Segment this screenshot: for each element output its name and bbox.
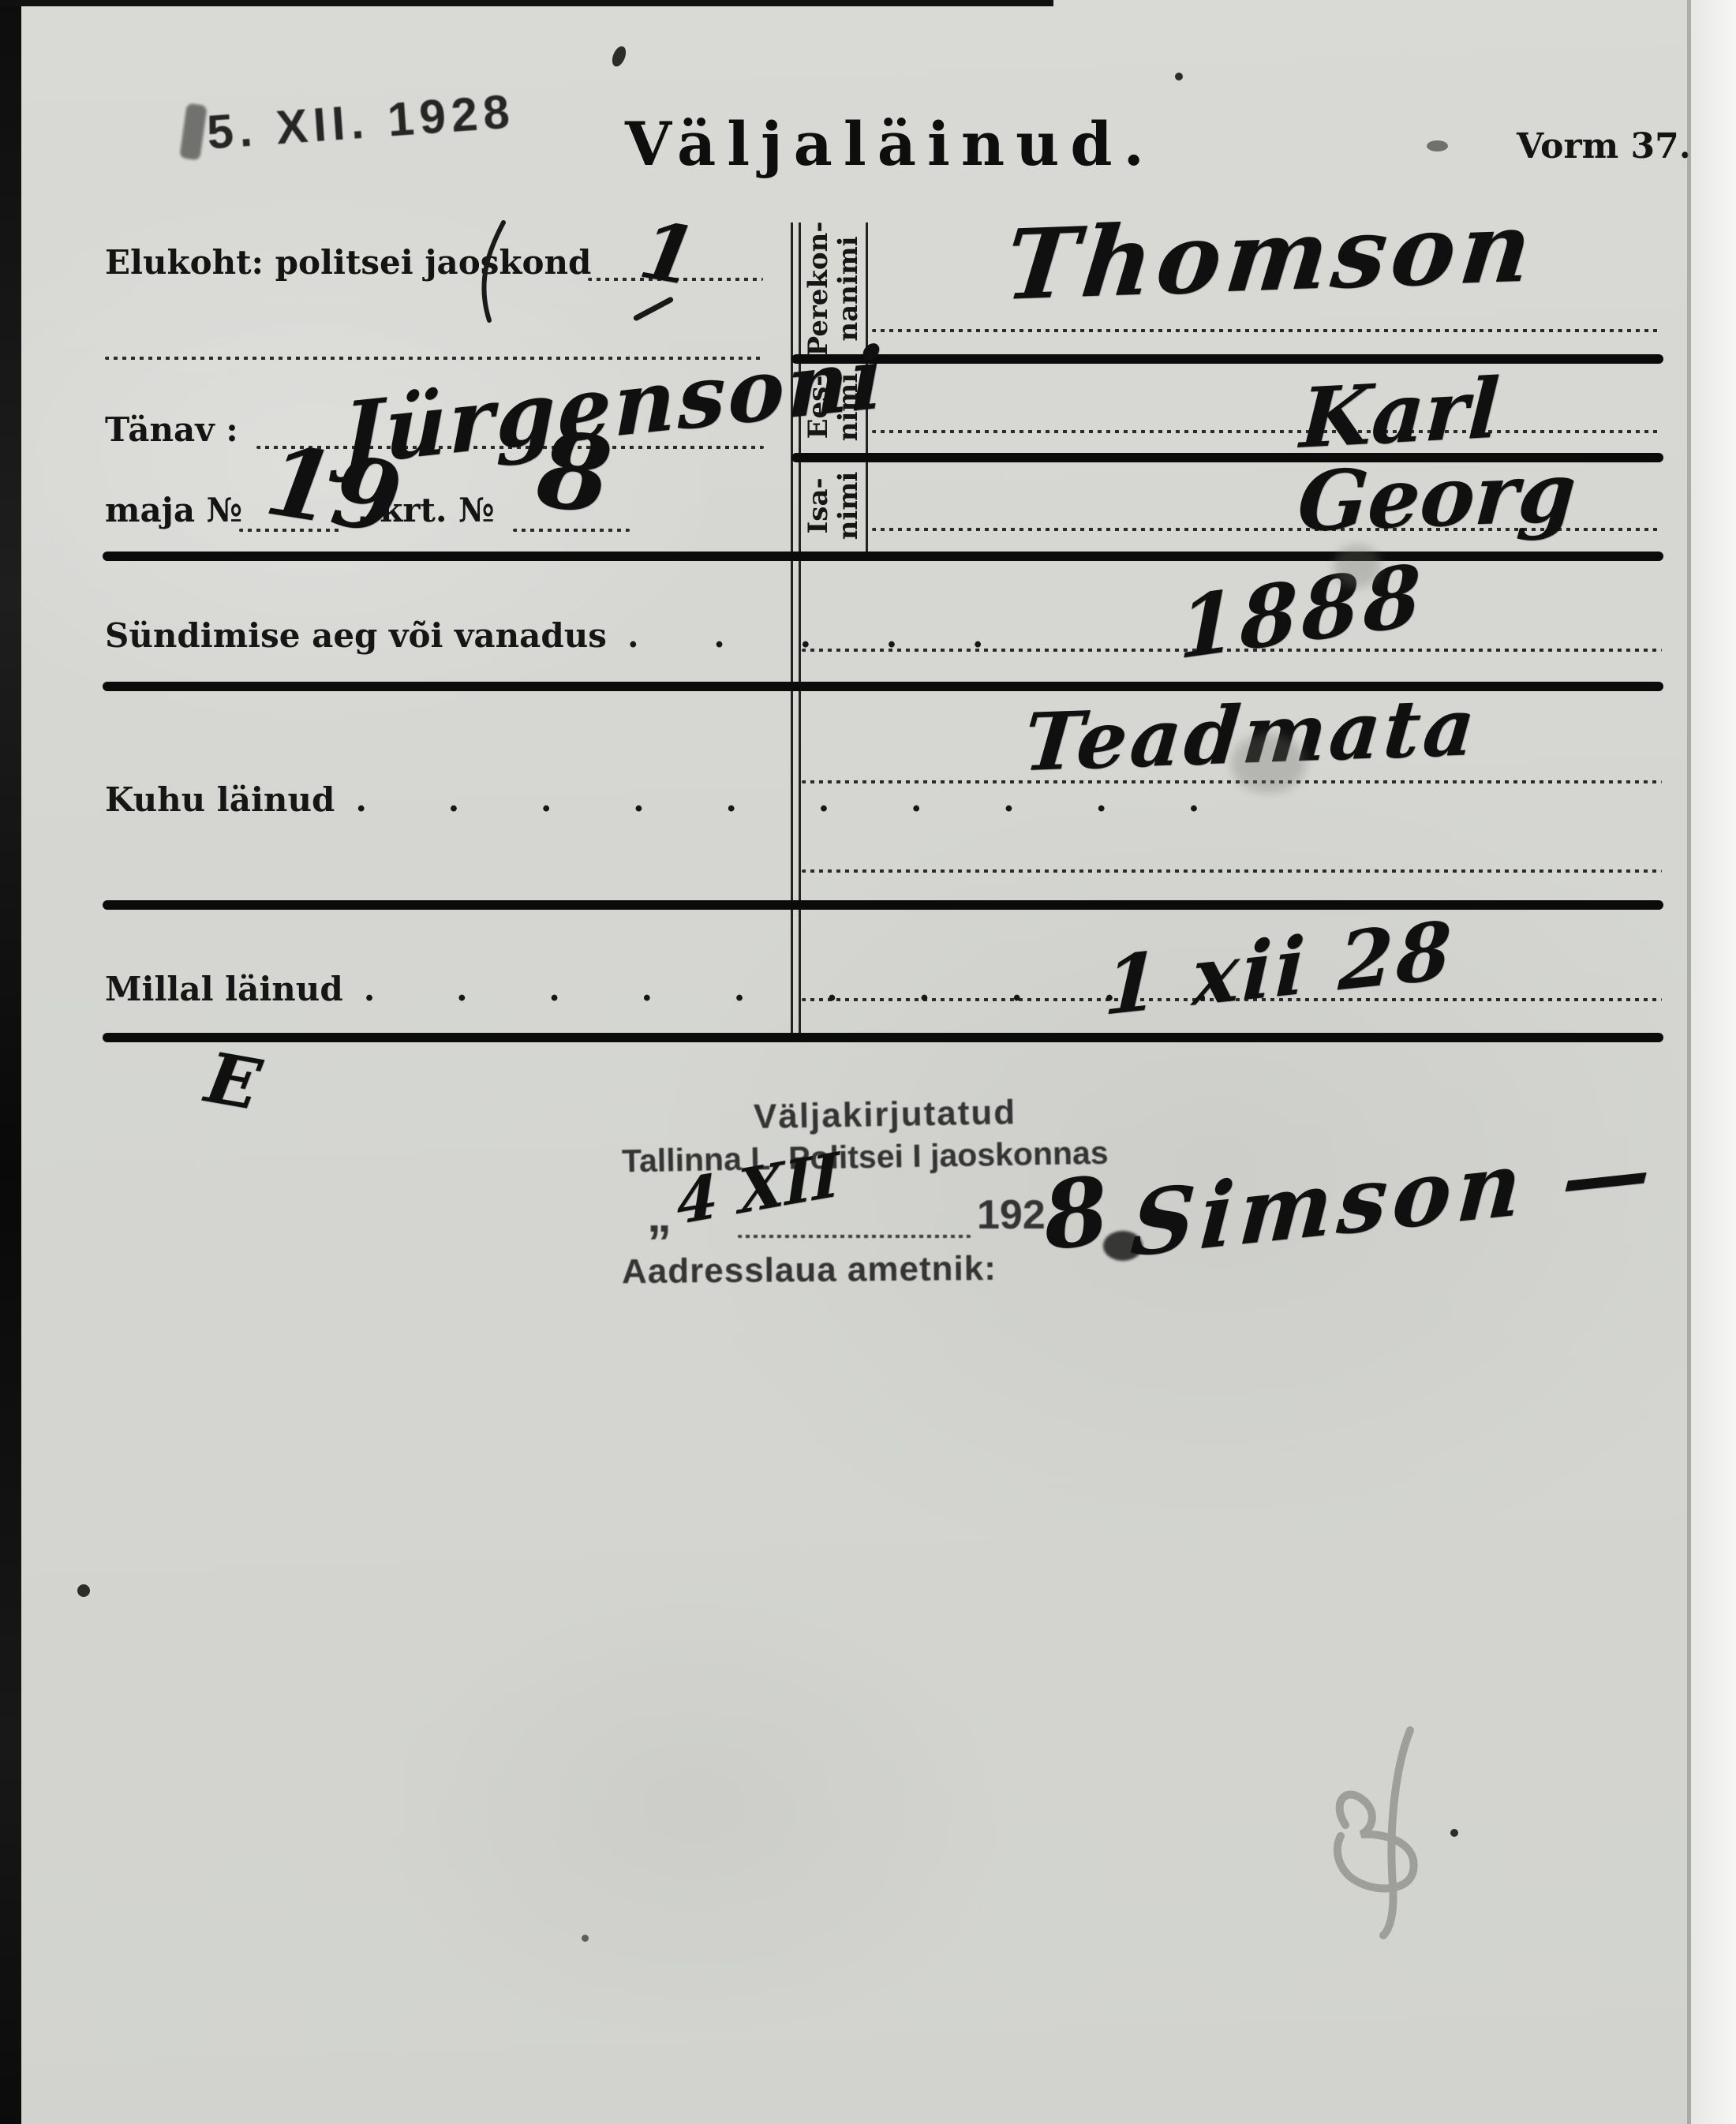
- paper-speck-1: [609, 44, 628, 69]
- scan-edge-top: [0, 0, 1053, 6]
- elukoht-value-handwritten: 1: [633, 203, 703, 304]
- scanned-form-valjalainud: 5. XII. 1928 Väljaläinud. Vorm 37. Eluko…: [0, 0, 1736, 2124]
- pencil-scribble: [1322, 1724, 1468, 1941]
- surname-value-handwritten: Thomson: [1001, 189, 1542, 322]
- isanimi-label-line1: Isa-: [803, 477, 833, 533]
- paper-speck-2: [1175, 73, 1183, 80]
- firstname-dotted-line: [872, 430, 1661, 433]
- received-date-stamp: 5. XII. 1928: [205, 84, 517, 159]
- margin-note-handwritten: E: [200, 1036, 266, 1126]
- paper-speck-5: [582, 1935, 589, 1942]
- pen-tick-mark: [633, 296, 675, 321]
- perekonnanimi-label-line2: nanimi: [833, 236, 863, 341]
- stamp-date-quote: „: [647, 1187, 672, 1243]
- rule-full-1: [103, 552, 1663, 561]
- stray-pen-stroke: [467, 219, 522, 326]
- sundimise-leader-dots: . . . . .: [627, 616, 1016, 655]
- isanimi-label: Isa- nimi: [801, 458, 866, 553]
- stamp-date-dotted-line: [738, 1235, 971, 1238]
- ink-smudge-1: [1231, 734, 1306, 793]
- form-title: Väljaläinud.: [625, 109, 1155, 179]
- fathername-value-handwritten: Georg: [1295, 443, 1579, 551]
- maja-label: maja №: [105, 491, 242, 529]
- form-number: Vorm 37.: [1517, 126, 1691, 166]
- sundimise-label: Sündimise aeg või vanadus: [105, 616, 607, 655]
- isanimi-label-line2: nimi: [833, 472, 863, 540]
- stamp-smudge: [179, 103, 207, 161]
- scan-edge-right: [1691, 0, 1736, 2124]
- millal-value-handwritten: 1 xii 28: [1102, 903, 1456, 1034]
- millal-field-line: Millal läinud . . . . . . . . . .: [105, 970, 1243, 1008]
- ink-smudge-2: [1334, 544, 1381, 588]
- kuhu-dotted-line-2: [802, 869, 1662, 873]
- scan-edge-left: [0, 0, 21, 2124]
- krt-value-handwritten: 8: [532, 409, 617, 538]
- stamp-year-handwritten: 8: [1038, 1155, 1113, 1271]
- tanav-label: Tänav :: [105, 410, 238, 449]
- surname-dotted-line: [872, 329, 1661, 332]
- rule-below-surname: [791, 354, 1663, 364]
- stamp-valjakirjutatud: Väljakirjutatud: [754, 1093, 1017, 1137]
- millal-label: Millal läinud: [105, 970, 343, 1008]
- stamp-official-label: Aadresslaua ametnik:: [622, 1249, 997, 1292]
- stamp-year-printed: 192: [977, 1191, 1046, 1239]
- paper-speck-6: [1450, 1829, 1458, 1837]
- paper-speck-4: [77, 1584, 90, 1597]
- rule-full-4: [103, 1033, 1663, 1042]
- official-signature-handwritten: Simson —: [1128, 1117, 1659, 1277]
- paper-speck-3: [1427, 140, 1448, 151]
- maja-value-handwritten: 19: [259, 423, 409, 556]
- sundimise-field-line: Sündimise aeg või vanadus . . . . .: [105, 616, 1016, 655]
- birth-value-handwritten: 1888: [1179, 544, 1425, 678]
- kuhu-label: Kuhu läinud: [105, 780, 335, 819]
